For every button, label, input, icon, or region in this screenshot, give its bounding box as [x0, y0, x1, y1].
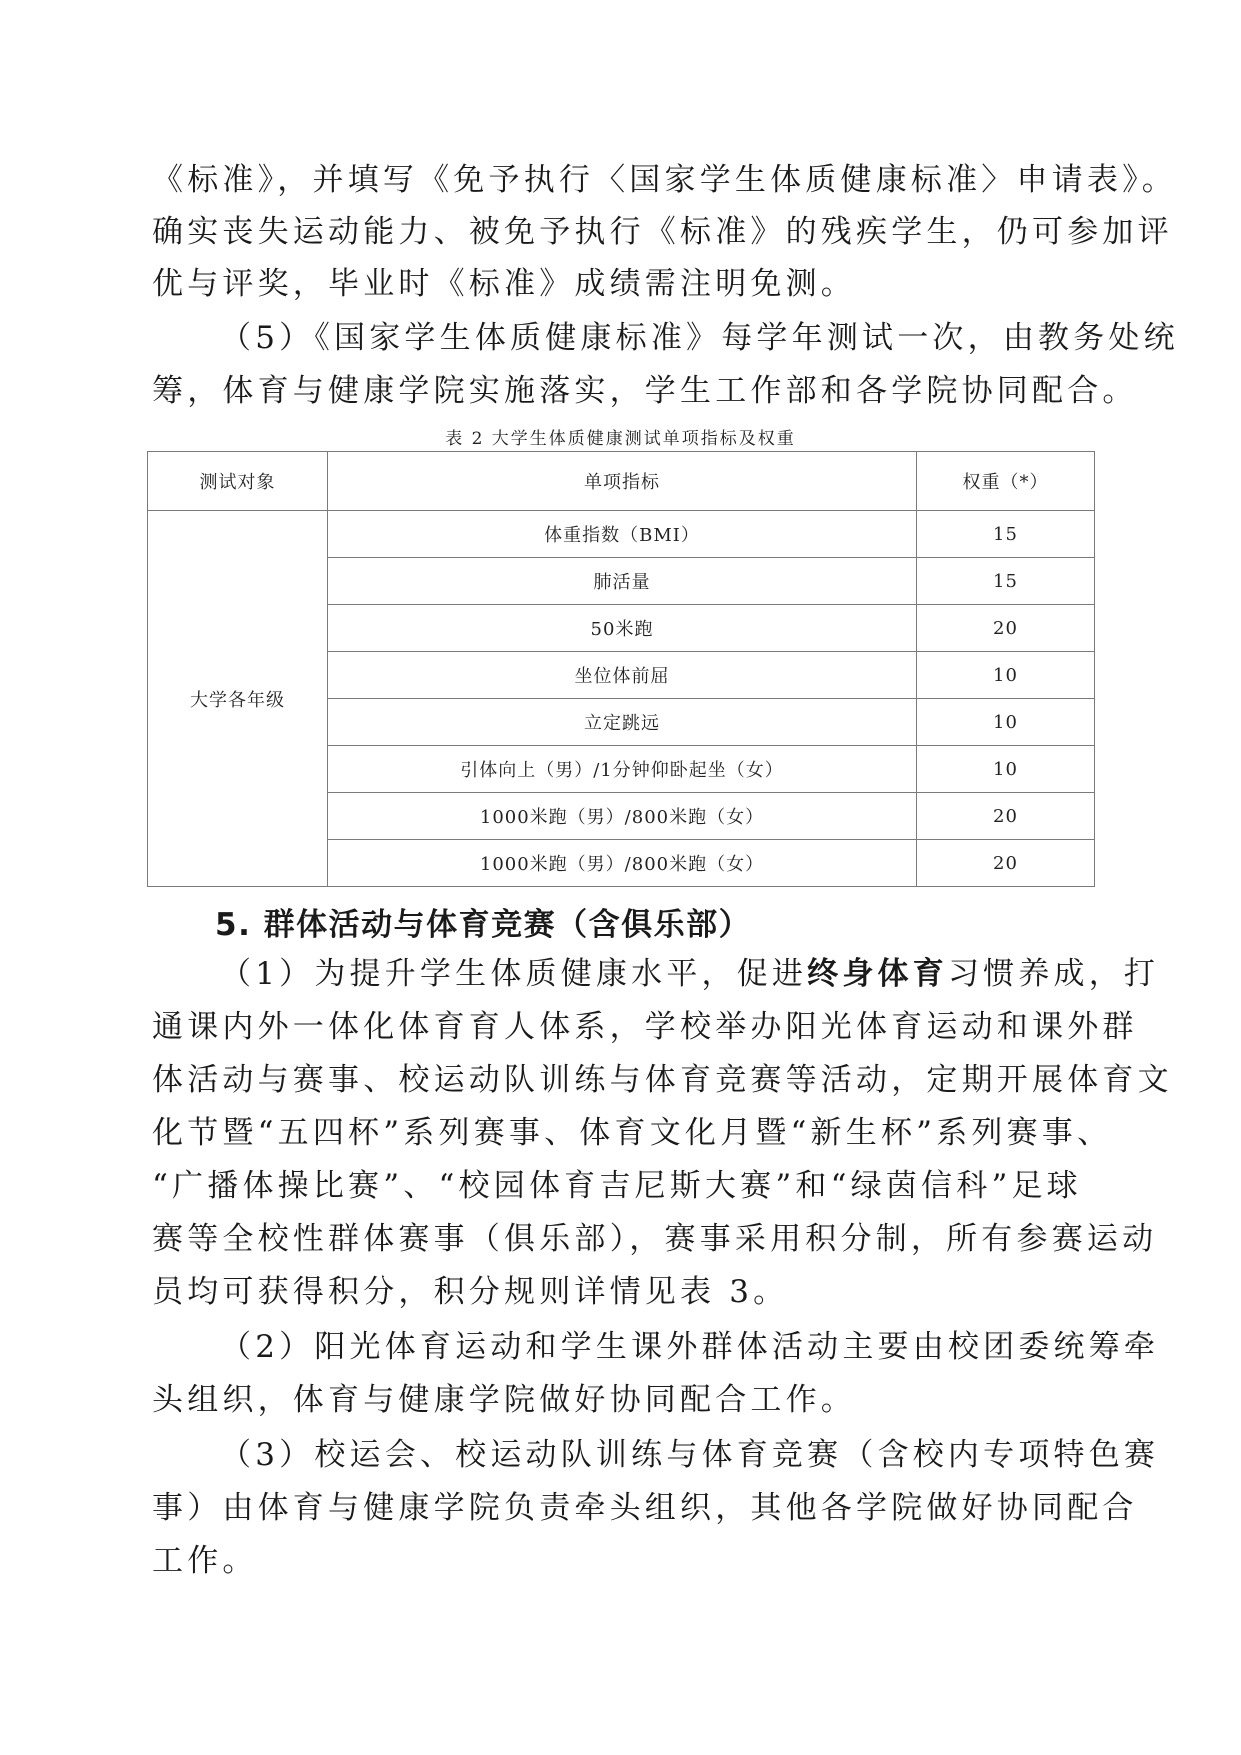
- weight-cell: 20: [917, 793, 1095, 840]
- group-label-cell: 大学各年级: [148, 511, 328, 887]
- body-text-line: 《标准》，并填写《免予执行〈国家学生体质健康标准〉申请表》。: [152, 160, 1092, 200]
- header-weight: 权重（*）: [917, 452, 1095, 511]
- body-text-line: 通课内外一体化体育育人体系，学校举办阳光体育运动和课外群: [152, 1007, 1092, 1047]
- item-cell: 立定跳远: [328, 699, 917, 746]
- weight-cell: 15: [917, 511, 1095, 558]
- item-cell: 肺活量: [328, 558, 917, 605]
- text-run: 习惯养成，打: [948, 956, 1159, 992]
- body-text-line: 工作。: [152, 1541, 1092, 1581]
- body-text-line: 确实丧失运动能力、被免予执行《标准》的残疾学生，仍可参加评: [152, 212, 1092, 252]
- body-text-line: （5）《国家学生体质健康标准》每学年测试一次，由教务处统: [220, 318, 1160, 358]
- body-text-line: （3）校运会、校运动队训练与体育竞赛（含校内专项特色赛: [220, 1435, 1160, 1475]
- body-text-line: 头组织，体育与健康学院做好协同配合工作。: [152, 1380, 1092, 1420]
- header-test-subject: 测试对象: [148, 452, 328, 511]
- table-header-row: 测试对象 单项指标 权重（*）: [148, 452, 1095, 511]
- table-row: 大学各年级 体重指数（BMI） 15: [148, 511, 1095, 558]
- weight-cell: 10: [917, 652, 1095, 699]
- body-text-line: （2）阳光体育运动和学生课外群体活动主要由校团委统筹牵: [220, 1327, 1160, 1367]
- body-text-line: 化节暨“五四杯”系列赛事、体育文化月暨“新生杯”系列赛事、: [152, 1113, 1092, 1153]
- body-text-line: 员均可获得积分，积分规则详情见表 3。: [152, 1272, 1092, 1312]
- weight-cell: 20: [917, 605, 1095, 652]
- header-item: 单项指标: [328, 452, 917, 511]
- item-cell: 坐位体前屈: [328, 652, 917, 699]
- body-text-line: 体活动与赛事、校运动队训练与体育竞赛等活动，定期开展体育文: [152, 1060, 1092, 1100]
- body-text-line: “广播体操比赛”、“校园体育吉尼斯大赛”和“绿茵信科”足球: [152, 1166, 1092, 1206]
- item-cell: 50米跑: [328, 605, 917, 652]
- table-caption: 表 2 大学生体质健康测试单项指标及权重: [0, 424, 1241, 449]
- item-cell: 1000米跑（男）/800米跑（女）: [328, 793, 917, 840]
- emphasis-text: 终身体育: [807, 956, 948, 992]
- item-cell: 1000米跑（男）/800米跑（女）: [328, 840, 917, 887]
- weights-table: 测试对象 单项指标 权重（*） 大学各年级 体重指数（BMI） 15 肺活量 1…: [147, 451, 1095, 887]
- weight-cell: 15: [917, 558, 1095, 605]
- body-text-line: 优与评奖，毕业时《标准》成绩需注明免测。: [152, 264, 1092, 304]
- body-text-line: 赛等全校性群体赛事（俱乐部），赛事采用积分制，所有参赛运动: [152, 1219, 1092, 1259]
- item-cell: 引体向上（男）/1分钟仰卧起坐（女）: [328, 746, 917, 793]
- body-text-line: 筹，体育与健康学院实施落实，学生工作部和各学院协同配合。: [152, 371, 1092, 411]
- item-cell: 体重指数（BMI）: [328, 511, 917, 558]
- body-text-line: （1）为提升学生体质健康水平，促进终身体育习惯养成，打: [220, 954, 1160, 994]
- body-text-line: 事）由体育与健康学院负责牵头组织，其他各学院做好协同配合: [152, 1488, 1092, 1528]
- weight-cell: 10: [917, 699, 1095, 746]
- weight-cell: 20: [917, 840, 1095, 887]
- text-run: （1）为提升学生体质健康水平，促进: [220, 956, 807, 992]
- weight-cell: 10: [917, 746, 1095, 793]
- section-heading: 5. 群体活动与体育竞赛（含俱乐部）: [215, 899, 751, 944]
